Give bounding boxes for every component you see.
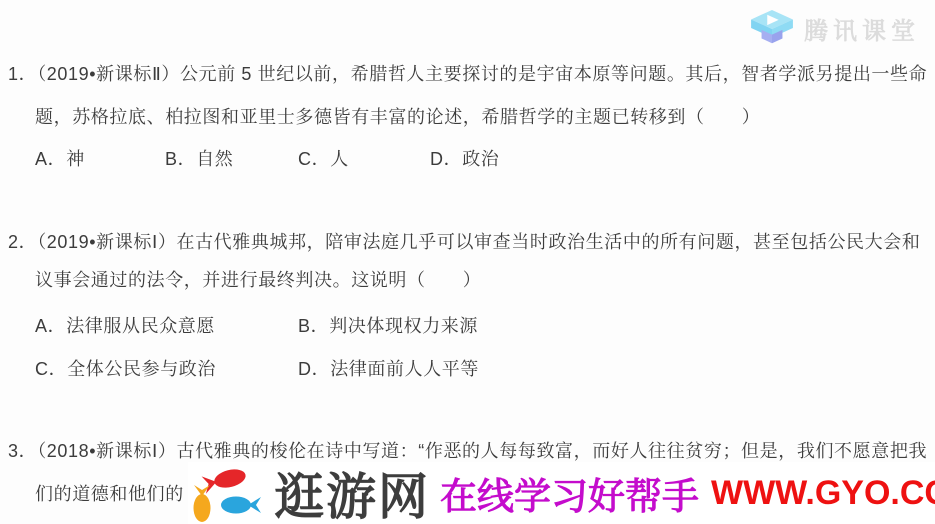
q1-line2: 题，苏格拉底、柏拉图和亚里士多德皆有丰富的论述，希腊哲学的主题已转移到（ ） [35,106,760,128]
q2-option-a: A．法律服从民众意愿 [35,315,215,337]
q1-option-d: D．政治 [430,148,499,170]
tencent-classroom-watermark: 腾讯课堂 [748,8,928,48]
q2-line1: 2．（2019•新课标Ⅰ）在古代雅典城邦，陪审法庭几乎可以审查当时政治生活中的所… [8,231,920,253]
q1-option-b: B．自然 [165,148,233,170]
q1-option-c: C．人 [298,148,349,170]
watermark-tagline: 在线学习好帮手 [440,466,699,520]
q1-line1: 1．（2019•新课标Ⅱ）公元前 5 世纪以前，希腊哲人主要探讨的是宇宙本原等问… [8,63,927,85]
q2-option-d: D．法律面前人人平等 [298,358,479,380]
footer-watermark: 逛游网 在线学习好帮手 WWW.GYO.CC [188,462,935,524]
tencent-classroom-logo-text: 腾讯课堂 [804,11,920,46]
q3-line1: 3．（2018•新课标Ⅰ）古代雅典的梭伦在诗中写道：“作恶的人每每致富，而好人往… [8,440,927,462]
q2-line2: 议事会通过的法令，并进行最终判决。这说明（ ） [35,269,481,291]
watermark-site-name: 逛游网 [274,457,430,524]
q2-option-b: B．判决体现权力来源 [298,315,478,337]
slide-page: 腾讯课堂 1．（2019•新课标Ⅱ）公元前 5 世纪以前，希腊哲人主要探讨的是宇… [0,0,935,524]
q3-line2: 们的道德和他们的 [35,483,184,505]
gyo-fish-logo-icon [188,465,270,523]
q1-option-a: A．神 [35,148,85,170]
tencent-classroom-cube-icon [748,9,796,47]
watermark-url: WWW.GYO.CC [711,474,935,513]
q2-option-c: C．全体公民参与政治 [35,358,216,380]
